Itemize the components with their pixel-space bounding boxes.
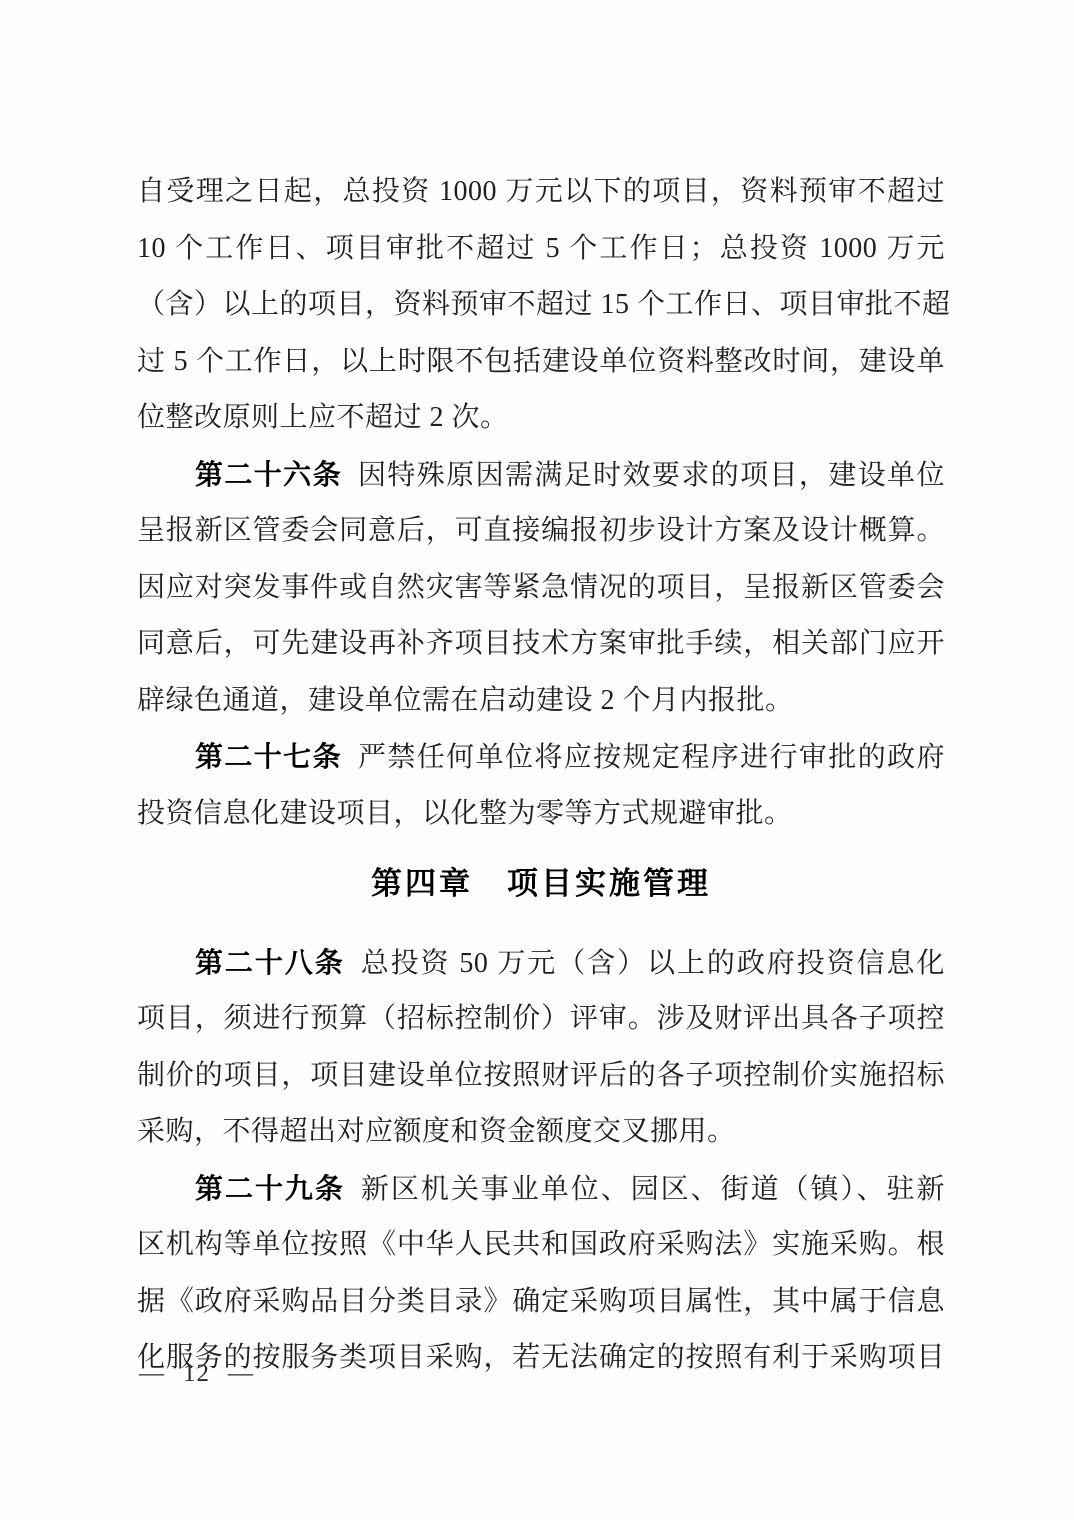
text-line: 化服务的按服务类项目采购，若无法确定的按照有利于采购项目 (137, 1330, 945, 1387)
page-number: 12 (183, 1360, 210, 1387)
article-29-opening-text: 新区机关事业单位、园区、街道（镇）、驻新 (361, 1174, 945, 1205)
article-27-opening-line: 第二十七条严禁任何单位将应按规定程序进行审批的政府 (137, 729, 945, 786)
footer-dash-right: — (228, 1360, 254, 1387)
text-line: 项目，须进行预算（招标控制价）评审。涉及财评出具各子项控 (137, 991, 945, 1048)
chapter-heading: 第四章 项目实施管理 (137, 856, 945, 913)
document-page: 自受理之日起，总投资 1000 万元以下的项目，资料预审不超过 10 个工作日、… (0, 0, 1074, 1520)
article-26-opening-text: 因特殊原因需满足时效要求的项目，建设单位 (358, 460, 945, 491)
article-29-opening-line: 第二十九条新区机关事业单位、园区、街道（镇）、驻新 (137, 1161, 945, 1218)
text-line: 呈报新区管委会同意后，可直接编报初步设计方案及设计概算。 (137, 503, 945, 560)
text-line: 过 5 个工作日，以上时限不包括建设单位资料整改时间，建设单 (137, 334, 945, 391)
text-line: 自受理之日起，总投资 1000 万元以下的项目，资料预审不超过 (137, 164, 945, 221)
text-line: （含）以上的项目，资料预审不超过 15 个工作日、项目审批不超 (137, 277, 945, 334)
text-line: 同意后，可先建设再补齐项目技术方案审批手续，相关部门应开 (137, 616, 945, 673)
text-line: 位整改原则上应不超过 2 次。 (137, 390, 945, 447)
article-29-number: 第二十九条 (195, 1173, 345, 1204)
text-line: 采购，不得超出对应额度和资金额度交叉挪用。 (137, 1104, 945, 1161)
text-line: 据《政府采购品目分类目录》确定采购项目属性，其中属于信息 (137, 1274, 945, 1331)
footer-dash-left: — (139, 1360, 165, 1387)
article-26-opening-line: 第二十六条因特殊原因需满足时效要求的项目，建设单位 (137, 447, 945, 504)
page-body: 自受理之日起，总投资 1000 万元以下的项目，资料预审不超过 10 个工作日、… (137, 164, 945, 1387)
article-26-number: 第二十六条 (195, 459, 342, 490)
text-line: 投资信息化建设项目，以化整为零等方式规避审批。 (137, 786, 945, 843)
text-line: 区机构等单位按照《中华人民共和国政府采购法》实施采购。根 (137, 1217, 945, 1274)
article-28-opening-text: 总投资 50 万元（含）以上的政府投资信息化 (361, 948, 945, 979)
article-27-opening-text: 严禁任何单位将应按规定程序进行审批的政府 (358, 742, 945, 773)
page-footer: —12— (139, 1360, 254, 1388)
article-28-opening-line: 第二十八条总投资 50 万元（含）以上的政府投资信息化 (137, 935, 945, 992)
text-line: 辟绿色通道，建设单位需在启动建设 2 个月内报批。 (137, 673, 945, 730)
text-line: 因应对突发事件或自然灾害等紧急情况的项目，呈报新区管委会 (137, 560, 945, 617)
text-line: 10 个工作日、项目审批不超过 5 个工作日；总投资 1000 万元 (137, 221, 945, 278)
article-28-number: 第二十八条 (195, 947, 345, 978)
text-line: 制价的项目，项目建设单位按照财评后的各子项控制价实施招标 (137, 1048, 945, 1105)
article-27-number: 第二十七条 (195, 741, 342, 772)
